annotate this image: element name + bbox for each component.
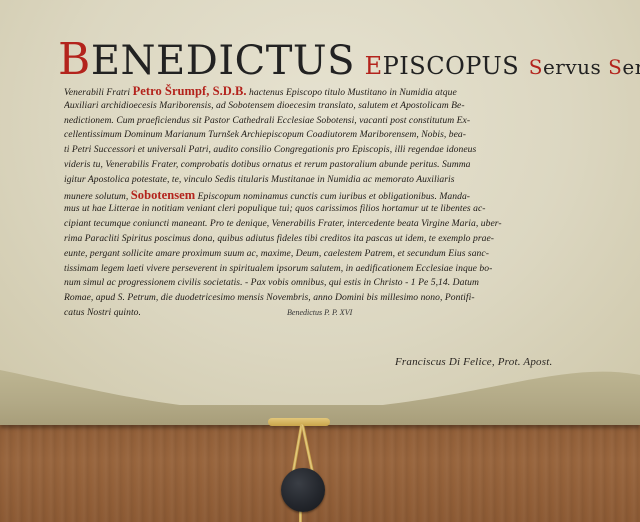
heading-benedictus-rest: ENEDICTUS <box>91 38 355 84</box>
body-line: videris tu, Venerabilis Frater, comproba… <box>64 158 612 173</box>
line-text: hactenus Episcopo titulo Mustitano in Nu… <box>247 87 457 98</box>
document-body: Venerabili Fratri Petro Šrumpf, S.D.B. h… <box>64 84 612 321</box>
line-text: munere solutum, <box>64 191 131 202</box>
heading-initial-b: B <box>58 34 91 85</box>
body-line: cellentissimum Dominum Marianum Turnšek … <box>64 128 612 143</box>
body-line: Venerabili Fratri Petro Šrumpf, S.D.B. h… <box>64 84 612 99</box>
heading-servus-servorum-dei: Servus Servorum Dei <box>529 55 640 79</box>
parchment-sheet: BENEDICTUS EPISCOPUS Servus Servorum Dei… <box>0 0 640 405</box>
wax-seal-icon <box>281 468 325 512</box>
wooden-background <box>0 420 640 522</box>
body-line: ti Petri Successori et universali Patri,… <box>64 143 612 158</box>
protonotary-signature: Franciscus Di Felice, Prot. Apost. <box>395 356 552 368</box>
body-line: num simul ac progressionem civilis socie… <box>64 276 612 291</box>
papal-signature: Benedictus P. P. XVI <box>287 308 352 317</box>
recipient-name: Petro Šrumpf, S.D.B. <box>133 84 247 98</box>
body-line: cipiant tecumque coniuncti maneant. Pro … <box>64 217 612 232</box>
line-text: Venerabili Fratri <box>64 87 133 98</box>
document-heading: BENEDICTUS EPISCOPUS Servus Servorum Dei <box>58 34 618 85</box>
diocese-name: Sobotensem <box>131 188 195 202</box>
body-line: eunte, pergant sollicite amare proximum … <box>64 247 612 262</box>
heading-initial-s1: S <box>529 55 543 79</box>
line-text: Episcopum nominamus cunctis cum iuribus … <box>195 191 470 202</box>
heading-initial-e: E <box>365 52 383 80</box>
body-line: munere solutum, Sobotensem Episcopum nom… <box>64 188 612 203</box>
body-line: Romae, apud S. Petrum, die duodetricesim… <box>64 291 612 306</box>
heading-episcopus: EPISCOPUS <box>365 52 520 80</box>
body-line: mus ut hae Litterae in notitiam veniant … <box>64 202 612 217</box>
body-line: nedictionem. Cum praeficiendus sit Pasto… <box>64 114 612 129</box>
heading-benedictus: BENEDICTUS <box>58 38 355 84</box>
heading-initial-s2: S <box>608 55 622 79</box>
heading-servus-rest: ervus <box>543 55 601 79</box>
body-line: Auxiliari archidioecesis Mariborensis, a… <box>64 99 612 114</box>
body-line: tissimam legem laeti vivere perseverent … <box>64 262 612 277</box>
heading-episcopus-rest: PISCOPUS <box>383 52 520 80</box>
heading-servorum-rest: ervorum <box>622 55 640 79</box>
body-line: rima Paracliti Spiritus poscimus dona, q… <box>64 232 612 247</box>
body-line: igitur Apostolica potestate, te, vinculo… <box>64 173 612 188</box>
